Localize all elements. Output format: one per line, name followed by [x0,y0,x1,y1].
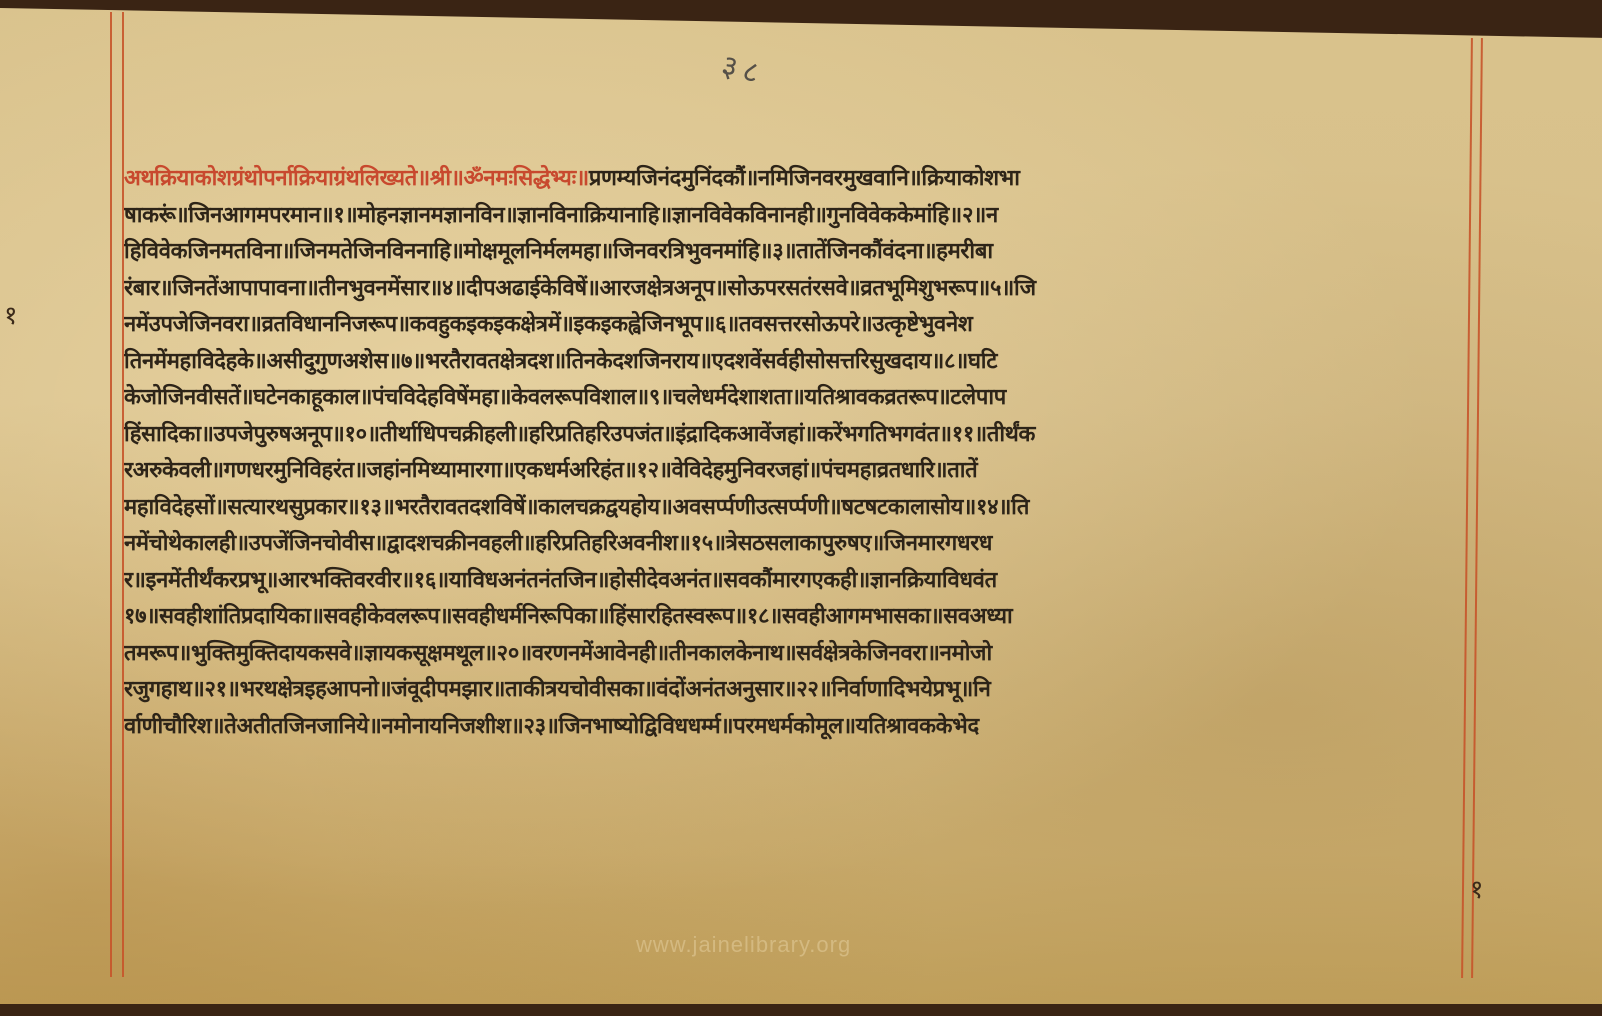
text-line-13: १७॥सवहीशांतिप्रदायिका॥सवहीकेवलरूप॥सवहीधर… [124,599,1434,636]
text-line-5: नमेंउपजेजिनवरा॥व्रतविधाननिजरूप॥कवहुकइकइक… [124,307,1434,344]
text-line-9: रअरुकेवली॥गणधरमुनिविहरंत॥जहांनमिथ्यामारग… [124,453,1434,490]
left-margin-rule-outer [110,12,112,977]
watermark: www.jainelibrary.org [636,932,851,958]
text-line-15: रजुगहाथ॥२१॥भरथक्षेत्रइहआपनो॥जंवूदीपमझार॥… [124,672,1434,709]
text-line-7: केजोजिनवीसतें॥घटेनकाहूकाल॥पंचविदेहविषेंम… [124,380,1434,417]
text-line-14: तमरूप॥भुक्तिमुक्तिदायकसवे॥ज्ञायकसूक्षमथू… [124,636,1434,673]
manuscript-text: अथक्रियाकोशग्रंथोपर्नाक्रियाग्रंथलिख्यते… [124,161,1434,745]
rubric-heading: अथक्रियाकोशग्रंथोपर्नाक्रियाग्रंथलिख्यते… [124,166,589,191]
right-margin-rule-outer [1461,38,1473,978]
text-line-2: षाकरूं॥जिनआगमपरमान॥१॥मोहनज्ञानमज्ञानविन॥… [124,198,1434,235]
text-line-6: तिनमेंमहाविदेहके॥असीदुगुणअशेस॥७॥भरतैरावत… [124,344,1434,381]
text-line-4: रंबार॥जिनतेंआपापावना॥तीनभुवनमेंसार॥४॥दीप… [124,271,1434,308]
text-line-1: अथक्रियाकोशग्रंथोपर्नाक्रियाग्रंथलिख्यते… [124,161,1434,198]
folio-number-top: ३८ [718,43,770,93]
text-line-11: नमेंचोथेकालही॥उपजेंजिनचोवीस॥द्वादशचक्रीन… [124,526,1434,563]
text-line-8: हिंसादिका॥उपजेपुरुषअनूप॥१०॥तीर्थाधिपचक्र… [124,417,1434,454]
manuscript-folio: ३८ १ १ अथक्रियाकोशग्रंथोपर्नाक्रियाग्रंथ… [0,8,1602,1004]
text-line-16: र्वाणीचौरिश॥तेअतीतजिनजानिये॥नमोनायनिजशीश… [124,709,1434,746]
text-line-10: महाविदेहसों॥सत्यारथसुप्रकार॥१३॥भरतैरावतद… [124,490,1434,527]
text-line-12: र॥इनमेंतीर्थंकरप्रभू॥आरभक्तिवरवीर॥१६॥याव… [124,563,1434,600]
right-margin-rule-inner [1471,38,1483,978]
left-margin-number: १ [4,296,18,332]
text-line-3: हिविवेकजिनमतविना॥जिनमतेजिनविननाहि॥मोक्षम… [124,234,1434,271]
right-margin-number: १ [1470,870,1484,906]
